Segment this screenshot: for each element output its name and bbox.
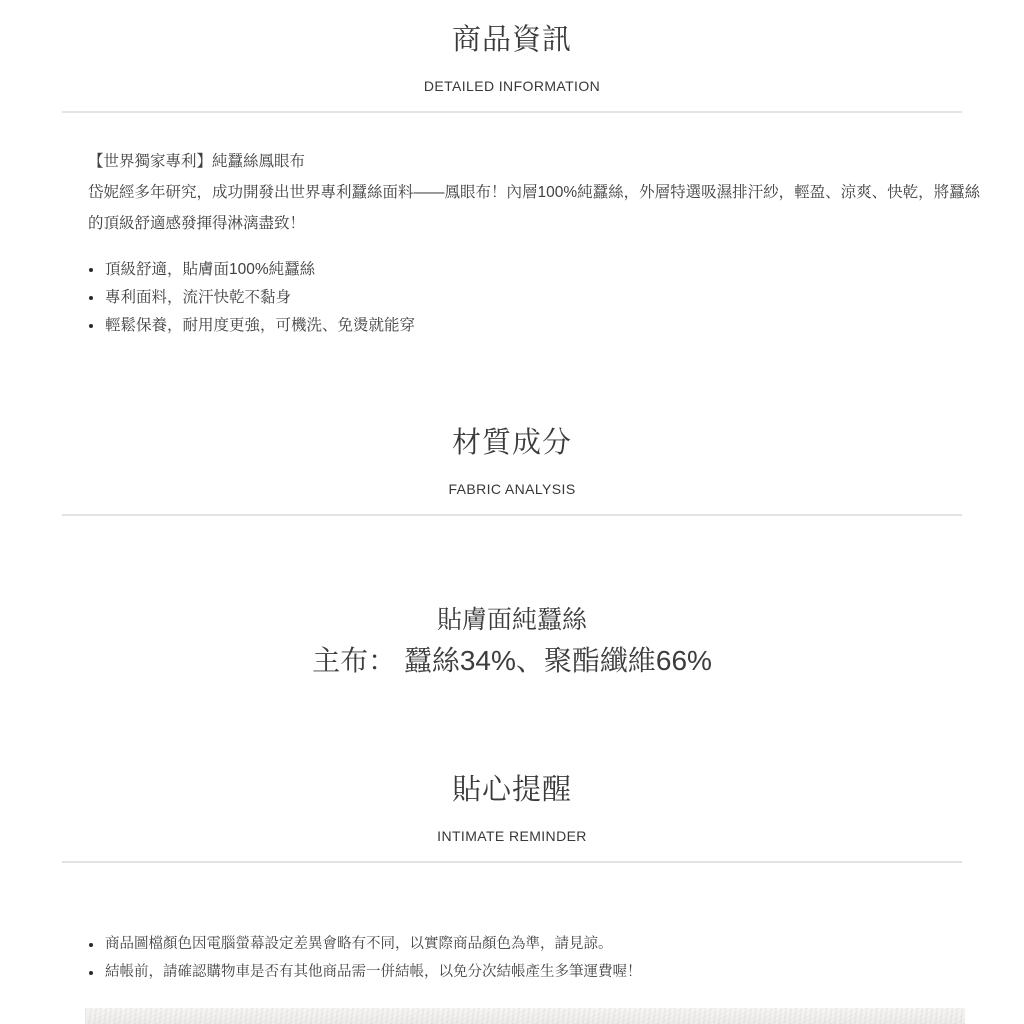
feature-text: 頂級舒適，貼膚面100%純蠶絲 xyxy=(105,261,315,278)
reminder-note-text: 結帳前，請確認購物車是否有其他商品需一併結帳，以免分次結帳產生多筆運費喔！ xyxy=(105,964,642,980)
product-detail-page: 商品資訊 DETAILED INFORMATION 【世界獨家專利】純蠶絲鳳眼布… xyxy=(0,0,1024,1024)
list-item: 專利面料，流汗快乾不黏身 xyxy=(88,284,988,312)
section-title-fabric: 材質成分 xyxy=(62,425,962,461)
feature-list: 頂級舒適，貼膚面100%純蠶絲 專利面料，流汗快乾不黏身 輕鬆保養，耐用度更強，… xyxy=(62,256,1012,340)
reminder-note-list: 商品圖檔顏色因電腦螢幕設定差異會略有不同，以實際商品顏色為準，請見諒。 結帳前，… xyxy=(62,931,1012,986)
section-header-detailed-information: 商品資訊 DETAILED INFORMATION xyxy=(62,22,962,113)
list-item: 結帳前，請確認購物車是否有其他商品需一併結帳，以免分次結帳產生多筆運費喔！ xyxy=(88,959,988,987)
section-divider xyxy=(62,111,962,113)
section-title-product-info: 商品資訊 xyxy=(62,22,962,58)
product-description-title: 【世界獨家專利】純蠶絲鳳眼布 xyxy=(88,146,988,177)
section-subtitle-product-info: DETAILED INFORMATION xyxy=(62,78,962,95)
section-subtitle-reminder: INTIMATE REMINDER xyxy=(62,828,962,845)
section-header-fabric-analysis: 材質成分 FABRIC ANALYSIS xyxy=(62,425,962,516)
fabric-composition: 貼膚面純蠶絲 主布： 蠶絲34%、聚酯纖維66% xyxy=(62,600,962,681)
list-item: 商品圖檔顏色因電腦螢幕設定差異會略有不同，以實際商品顏色為準，請見諒。 xyxy=(88,931,988,959)
section-title-reminder: 貼心提醒 xyxy=(62,772,962,808)
reminder-note-text: 商品圖檔顏色因電腦螢幕設定差異會略有不同，以實際商品顏色為準，請見諒。 xyxy=(105,936,613,952)
section-header-intimate-reminder: 貼心提醒 INTIMATE REMINDER xyxy=(62,772,962,863)
list-item: 輕鬆保養，耐用度更強，可機洗、免燙就能穿 xyxy=(88,312,988,340)
feature-text: 專利面料，流汗快乾不黏身 xyxy=(105,289,291,306)
product-description: 【世界獨家專利】純蠶絲鳳眼布 岱妮經多年研究，成功開發出世界專利蠶絲面料——鳳眼… xyxy=(62,146,1012,239)
section-subtitle-fabric: FABRIC ANALYSIS xyxy=(62,481,962,498)
section-divider xyxy=(62,861,962,863)
list-item: 頂級舒適，貼膚面100%純蠶絲 xyxy=(88,256,988,284)
product-description-body: 岱妮經多年研究，成功開發出世界專利蠶絲面料——鳳眼布！內層100%純蠶絲，外層特… xyxy=(88,177,988,239)
section-divider xyxy=(62,514,962,516)
fabric-composition-detail: 主布： 蠶絲34%、聚酯纖維66% xyxy=(62,640,962,681)
fabric-composition-heading: 貼膚面純蠶絲 xyxy=(62,600,962,640)
feature-text: 輕鬆保養，耐用度更強，可機洗、免燙就能穿 xyxy=(105,317,415,334)
next-image-edge-band xyxy=(85,1008,965,1024)
